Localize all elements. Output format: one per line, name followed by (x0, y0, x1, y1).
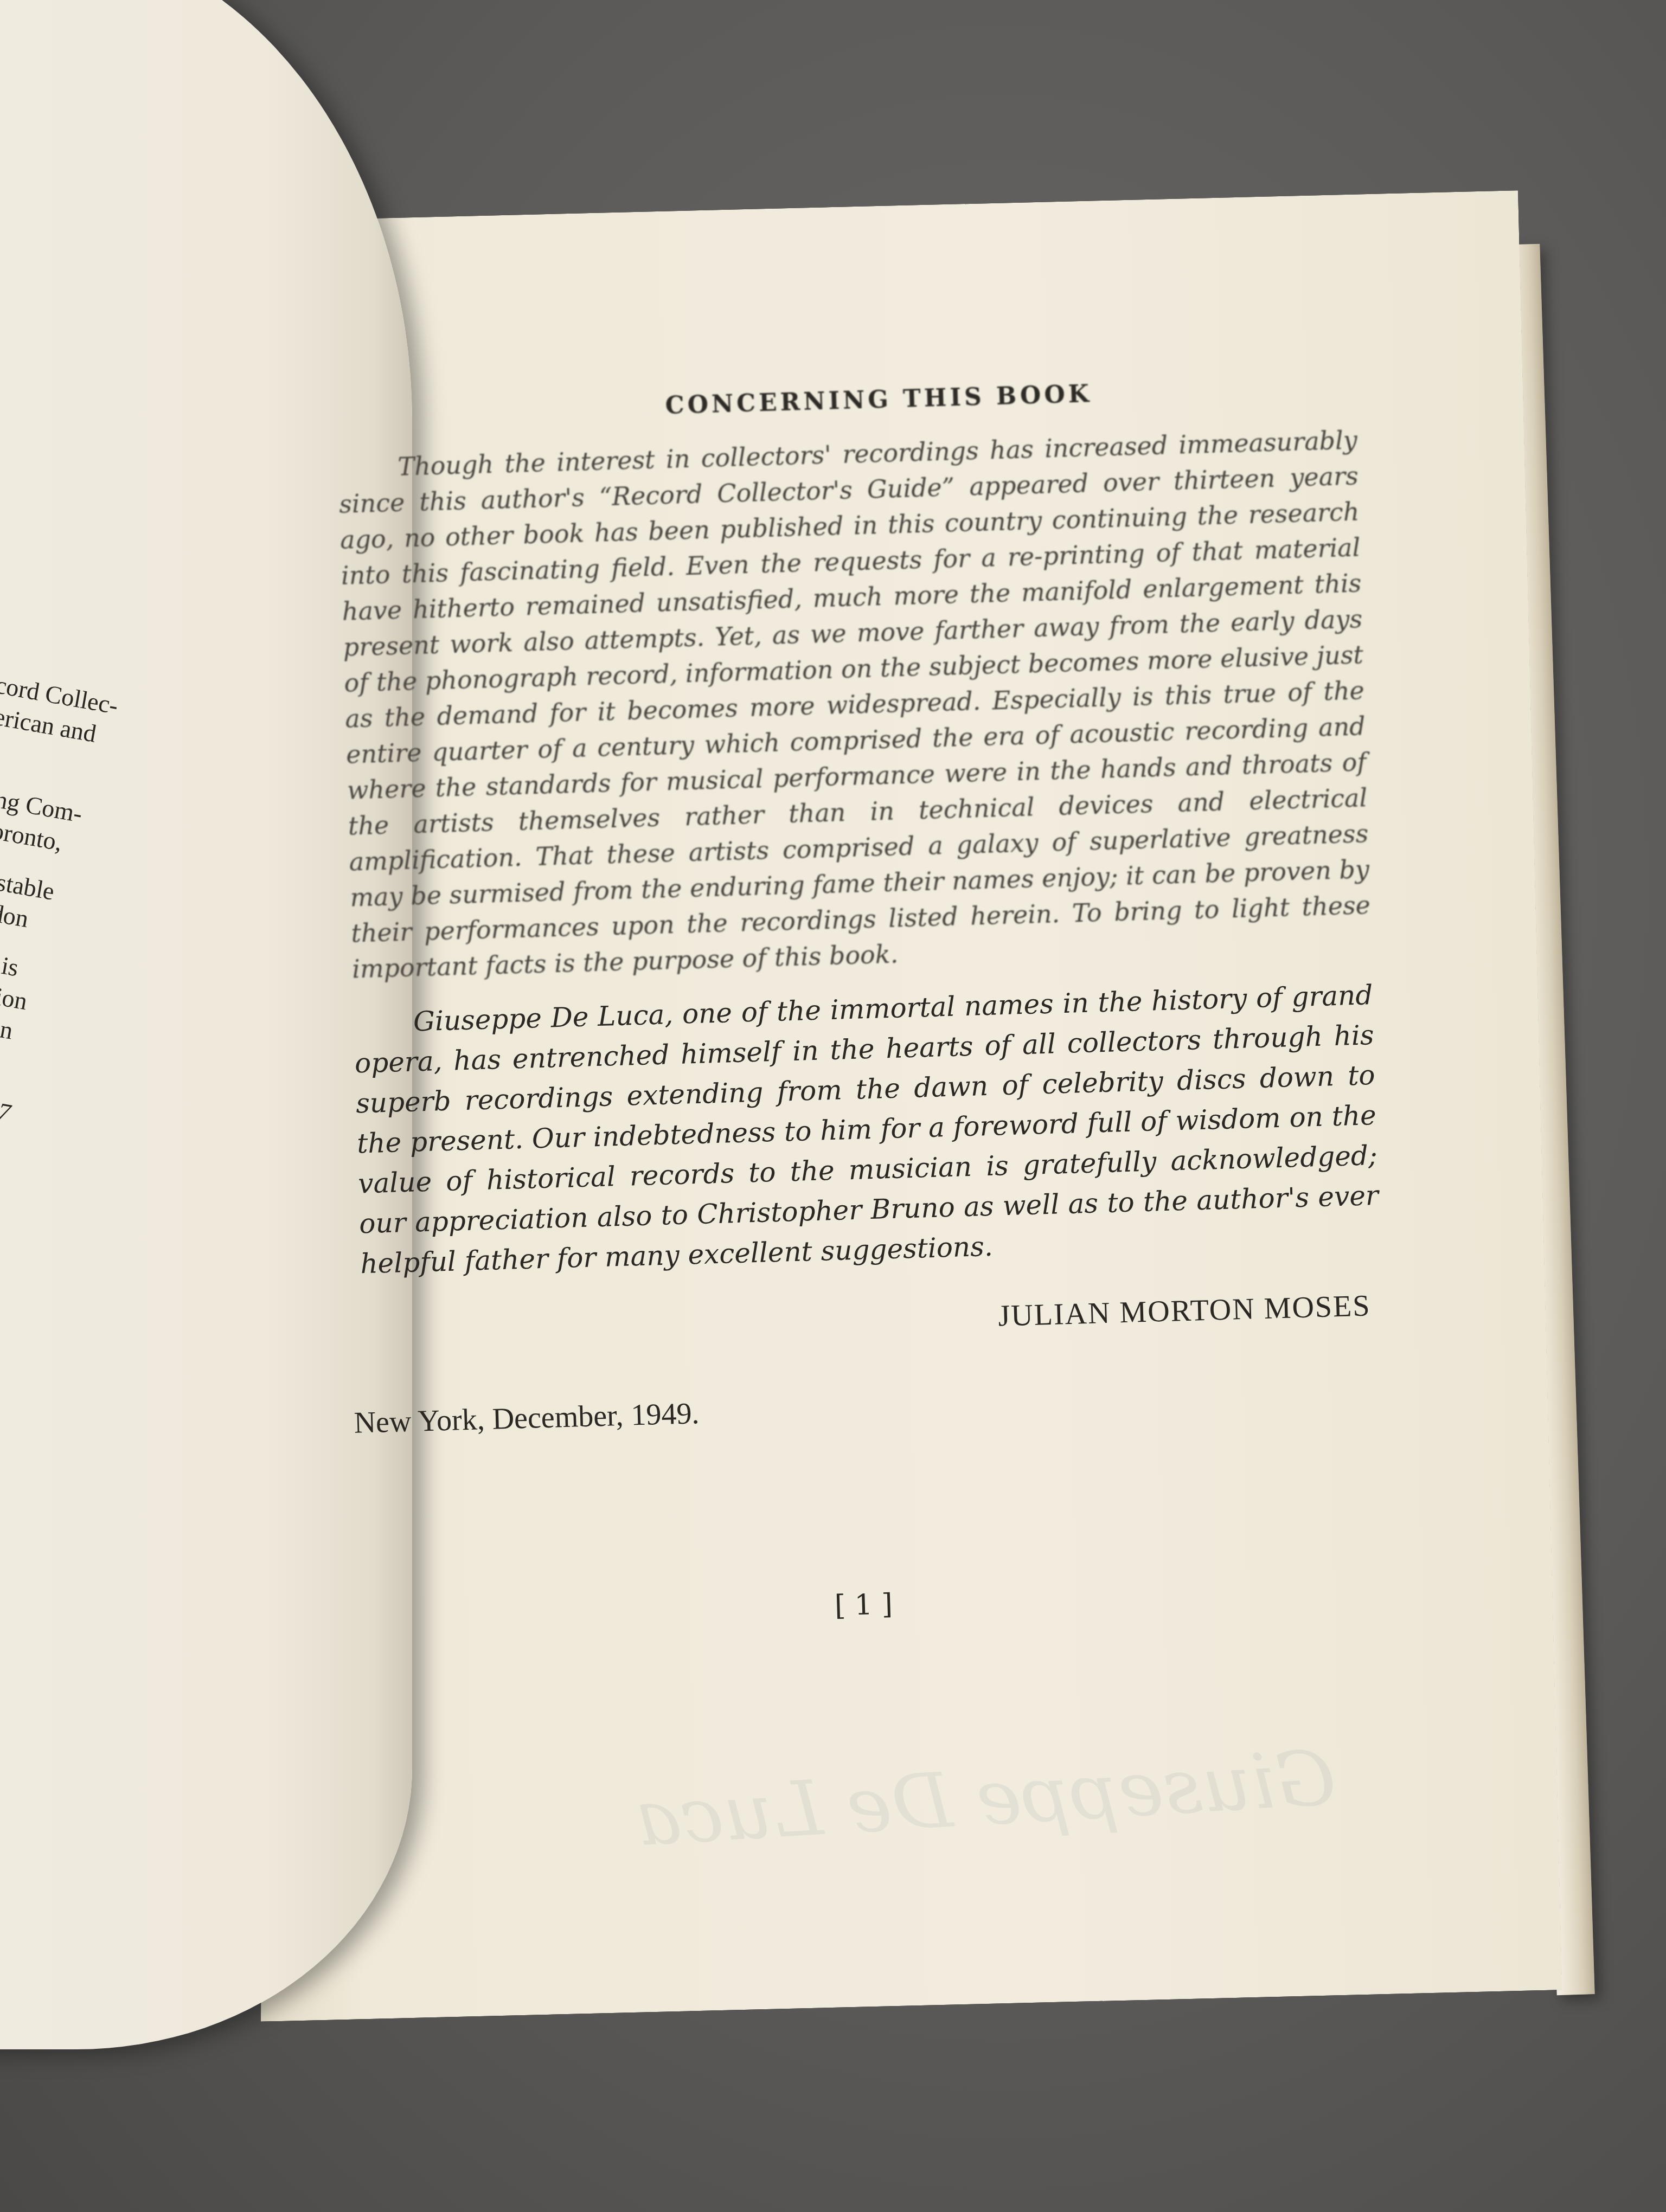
dateline: New York, December, 1949. (354, 1377, 1385, 1441)
copyright-text: ican Record Collec- Pan American and ati… (0, 656, 170, 1242)
page-content: CONCERNING THIS BOOK Though the interest… (336, 373, 1390, 1636)
copyright-group-4: hed in 1977, is ed republication y the A… (0, 927, 122, 1094)
paragraph-acknowledgements: Giuseppe De Luca, one of the immortal na… (353, 975, 1380, 1284)
show-through-signature: Giuseppe De Luca (633, 1734, 1338, 1863)
paragraph-intro: Though the interest in collectors' recor… (338, 422, 1372, 987)
author-signature: JULIAN MORTON MOSES (362, 1288, 1382, 1351)
copyright-group-1: ican Record Collec- Pan American and ati… (0, 656, 170, 792)
left-page: CollecAmeric1895 ican Record Collec- Pan… (0, 0, 412, 2049)
photo-scene: Giuseppe De Luca CollecAmeric1895 ican R… (0, 0, 1666, 2212)
